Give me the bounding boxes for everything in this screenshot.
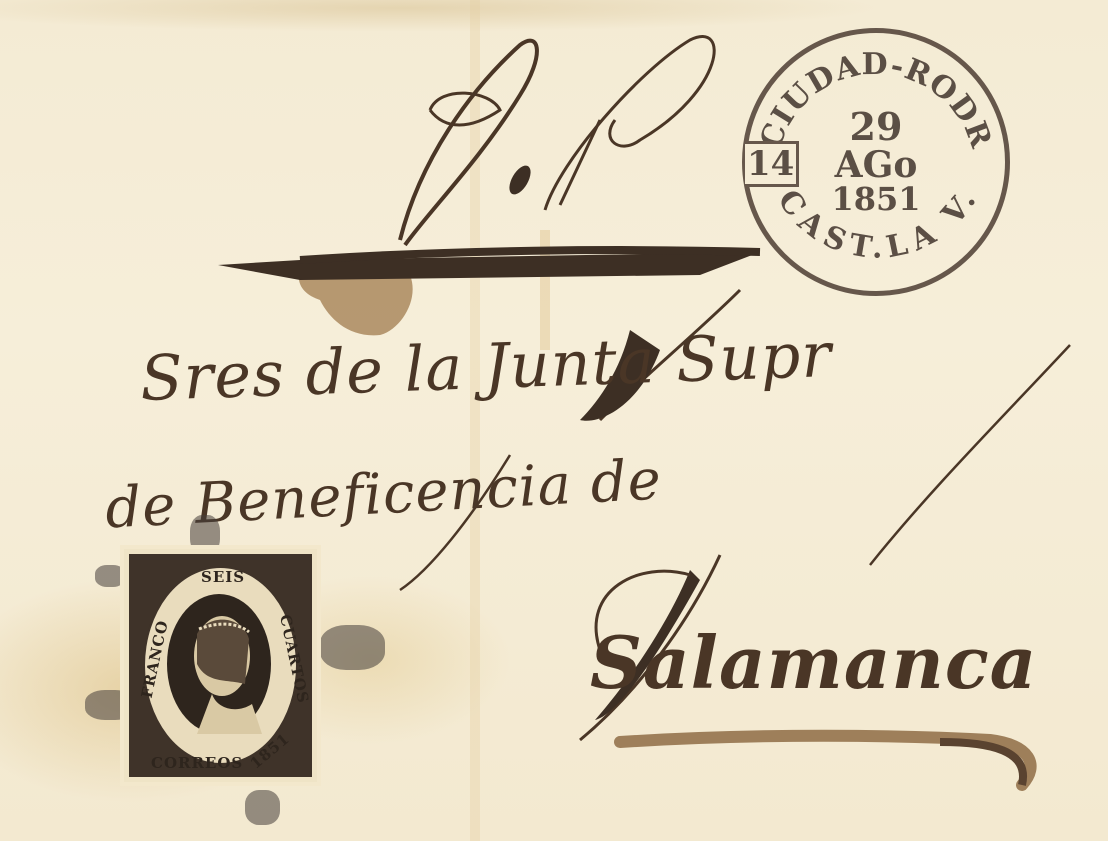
postmark-year: 1851 — [831, 183, 920, 216]
cancellation-mark — [320, 625, 385, 670]
circular-datestamp: CIUDAD-RODR CAST.LA V. 14 29 AGo 1851 — [742, 28, 1010, 296]
postage-stamp: SEIS FRANCO CUARTOS CORREOS 1851 — [124, 549, 317, 782]
postmark-month: AGo — [831, 147, 920, 184]
postal-cover: Sres de la Junta Supr de Beneficencia de… — [0, 0, 1108, 841]
postmark-day: 29 — [831, 108, 920, 147]
postmark-side-number: 14 — [745, 141, 799, 187]
queen-portrait-icon — [167, 594, 271, 734]
address-destination: Salamanca — [590, 620, 1037, 705]
stamp-frame: SEIS FRANCO CUARTOS CORREOS 1851 — [129, 554, 312, 777]
cancellation-mark — [95, 565, 125, 587]
stamp-label-bottom: CORREOS — [151, 754, 243, 772]
cancellation-mark — [245, 790, 280, 825]
stamp-label-top: SEIS — [201, 568, 245, 586]
postmark-date: 29 AGo 1851 — [831, 108, 920, 216]
